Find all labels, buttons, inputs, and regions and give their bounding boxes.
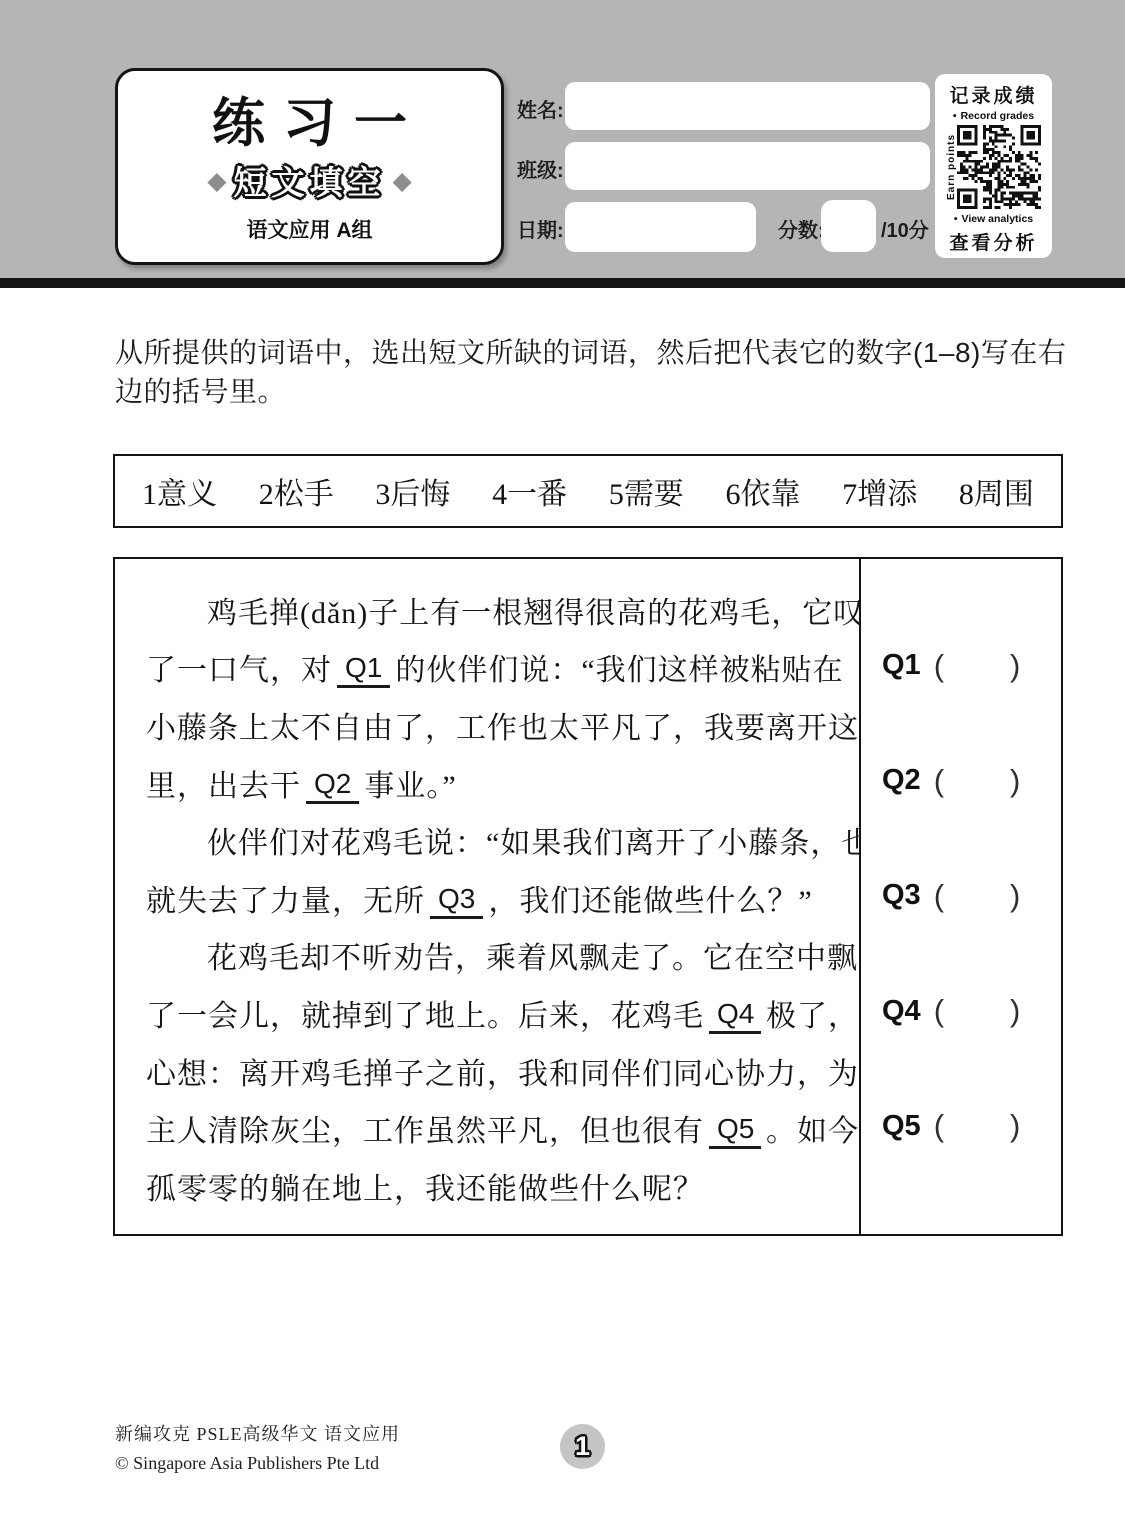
score-label: 分数: [778,214,825,243]
page-number-badge: 1 [560,1424,605,1469]
passage-text-run: 。如今 [766,1106,859,1150]
passage-text-run: 伙伴们对花鸡毛说：“如果我们离开了小藤条，也 [207,818,859,862]
qr-card: 记录成绩 • Record grades Earn points • View … [935,74,1052,258]
passage-line: 小藤条上太不自由了，工作也太平凡了，我要离开这 [146,696,849,754]
instructions-text: 从所提供的词语中，选出短文所缺的词语，然后把代表它的数字(1–8)写在右边的括号… [115,333,1067,411]
passage-line: 了一会儿，就掉到了地上。后来，花鸡毛Q4极了， [146,984,849,1042]
passage-line: 花鸡毛却不听劝告，乘着风飘走了。它在空中飘荡 [146,927,849,985]
passage-line: 里，出去干Q2事业。” [146,754,849,812]
answer-slot-q3[interactable] [944,876,1010,916]
passage-text-run: 的伙伴们说：“我们这样被粘贴在 [395,645,843,689]
passage-blank-q1[interactable]: Q1 [337,652,390,688]
word-bank-item: 8周围 [959,469,1034,513]
record-grades-cn: 记录成绩 [935,81,1052,108]
date-label: 日期: [517,214,564,243]
word-bank-item: 3后悔 [375,469,450,513]
score-input[interactable] [821,200,876,252]
answer-slot-q2[interactable] [944,761,1010,801]
bracket-open: ( [934,648,944,684]
bracket-close: ) [1010,878,1020,914]
passage-text-run: 小藤条上太不自由了，工作也太平凡了，我要离开这 [146,703,859,747]
exercise-group-label: 语文应用 A组 [118,214,501,244]
passage-blank-q4[interactable]: Q4 [709,998,761,1034]
passage-text-run: 了一会儿，就掉到了地上。后来，花鸡毛 [146,991,704,1035]
passage-text-run: 孤零零的躺在地上，我还能做些什么呢？ [146,1164,704,1208]
bracket-open: ( [934,993,944,1029]
footer-series-title: 新编攻克 PSLE高级华文 语文应用 [115,1420,400,1446]
diamond-icon: ◆ [207,166,226,196]
answer-label: Q5 [882,1110,921,1143]
bracket-close: ) [1010,1108,1020,1144]
answer-slot-q5[interactable] [944,1106,1010,1146]
word-bank-item: 5需要 [609,469,684,513]
class-input[interactable] [565,142,930,190]
passage-text-run: 主人清除灰尘，工作虽然平凡，但也很有 [146,1106,704,1150]
answer-label: Q2 [882,764,921,797]
passage-line: 伙伴们对花鸡毛说：“如果我们离开了小藤条，也 [146,811,849,869]
answer-slot-q4[interactable] [944,991,1010,1031]
answer-label: Q1 [882,649,921,682]
bracket-close: ) [1010,648,1020,684]
passage-blank-q5[interactable]: Q5 [709,1113,761,1149]
passage-text: 鸡毛掸(dǎn)子上有一根翘得很高的花鸡毛，它叹了一口气，对Q1的伙伴们说：“我… [115,559,859,1234]
passage-text-run: 里，出去干 [146,761,301,805]
passage-text-run: 鸡毛掸(dǎn)子上有一根翘得很高的花鸡毛，它叹 [207,588,859,632]
passage-line: 孤零零的躺在地上，我还能做些什么呢？ [146,1157,849,1215]
worksheet-page: 练习一 ◆ 短文填空 ◆ 语文应用 A组 姓名: 班级: 日期: 分数: /10… [0,0,1125,1539]
word-bank: 1意义2松手3后悔4一番5需要6依靠7增添8周围 [113,454,1063,528]
diamond-icon: ◆ [393,166,412,196]
passage-text-run: 事业。” [364,761,456,805]
answer-row-q4: Q4() [861,954,1061,1069]
bracket-open: ( [934,763,944,799]
footer: 新编攻克 PSLE高级华文 语文应用 © Singapore Asia Publ… [115,1420,400,1474]
answer-label: Q3 [882,879,921,912]
passage-text-run: 极了， [766,991,859,1035]
passage-text-run: 了一口气，对 [146,645,332,689]
bracket-open: ( [934,1108,944,1144]
passage-line: 主人清除灰尘，工作虽然平凡，但也很有Q5。如今 [146,1099,849,1157]
answers-column: Q1()Q2()Q3()Q4()Q5() [859,559,1061,1234]
footer-copyright: © Singapore Asia Publishers Pte Ltd [115,1453,400,1474]
passage-blank-q2[interactable]: Q2 [306,768,359,804]
exercise-title: 练习一 [118,95,501,153]
passage-box: 鸡毛掸(dǎn)子上有一根翘得很高的花鸡毛，它叹了一口气，对Q1的伙伴们说：“我… [113,557,1063,1236]
date-input[interactable] [565,202,756,252]
earn-points-label: Earn points [946,125,957,209]
header-divider-bar [0,278,1125,288]
bullet-icon: • [954,213,958,225]
word-bank-item: 2松手 [259,469,334,513]
passage-text-run: ，我们还能做些什么？” [488,876,812,920]
answer-slot-q1[interactable] [944,646,1010,686]
bracket-close: ) [1010,763,1020,799]
class-label: 班级: [517,154,564,183]
bullet-icon: • [953,110,957,122]
view-analytics-en: • View analytics [935,213,1052,225]
name-label: 姓名: [517,94,564,123]
answer-row-q2: Q2() [861,723,1061,838]
qr-middle-row: Earn points [935,123,1052,211]
exercise-subtitle: 短文填空 [234,157,386,204]
passage-text-run: 心想：离开鸡毛掸子之前，我和同伴们同心协力，为 [146,1049,859,1093]
passage-text-run: 就失去了力量，无所 [146,876,425,920]
name-input[interactable] [565,82,930,130]
word-bank-item: 6依靠 [726,469,801,513]
bracket-close: ) [1010,993,1020,1029]
view-analytics-cn: 查看分析 [935,228,1052,255]
answer-label: Q4 [882,995,921,1028]
record-grades-en: • Record grades [935,110,1052,122]
passage-line: 就失去了力量，无所Q3，我们还能做些什么？” [146,869,849,927]
page-number: 1 [575,1431,590,1462]
passage-line: 心想：离开鸡毛掸子之前，我和同伴们同心协力，为 [146,1042,849,1100]
passage-line: 了一口气，对Q1的伙伴们说：“我们这样被粘贴在 [146,639,849,697]
word-bank-item: 4一番 [492,469,567,513]
bracket-open: ( [934,878,944,914]
score-suffix: /10分 [881,214,929,243]
word-bank-item: 7增添 [842,469,917,513]
answer-row-q1: Q1() [861,608,1061,723]
exercise-subtitle-row: ◆ 短文填空 ◆ [118,157,501,204]
passage-text-run: 花鸡毛却不听劝告，乘着风飘走了。它在空中飘荡 [207,933,859,977]
answer-row-q5: Q5() [861,1069,1061,1184]
qr-code [957,125,1041,209]
word-bank-item: 1意义 [142,469,217,513]
exercise-title-box: 练习一 ◆ 短文填空 ◆ 语文应用 A组 [115,68,504,265]
answer-row-q3: Q3() [861,838,1061,953]
passage-blank-q3[interactable]: Q3 [430,883,483,919]
passage-line: 鸡毛掸(dǎn)子上有一根翘得很高的花鸡毛，它叹 [146,581,849,639]
